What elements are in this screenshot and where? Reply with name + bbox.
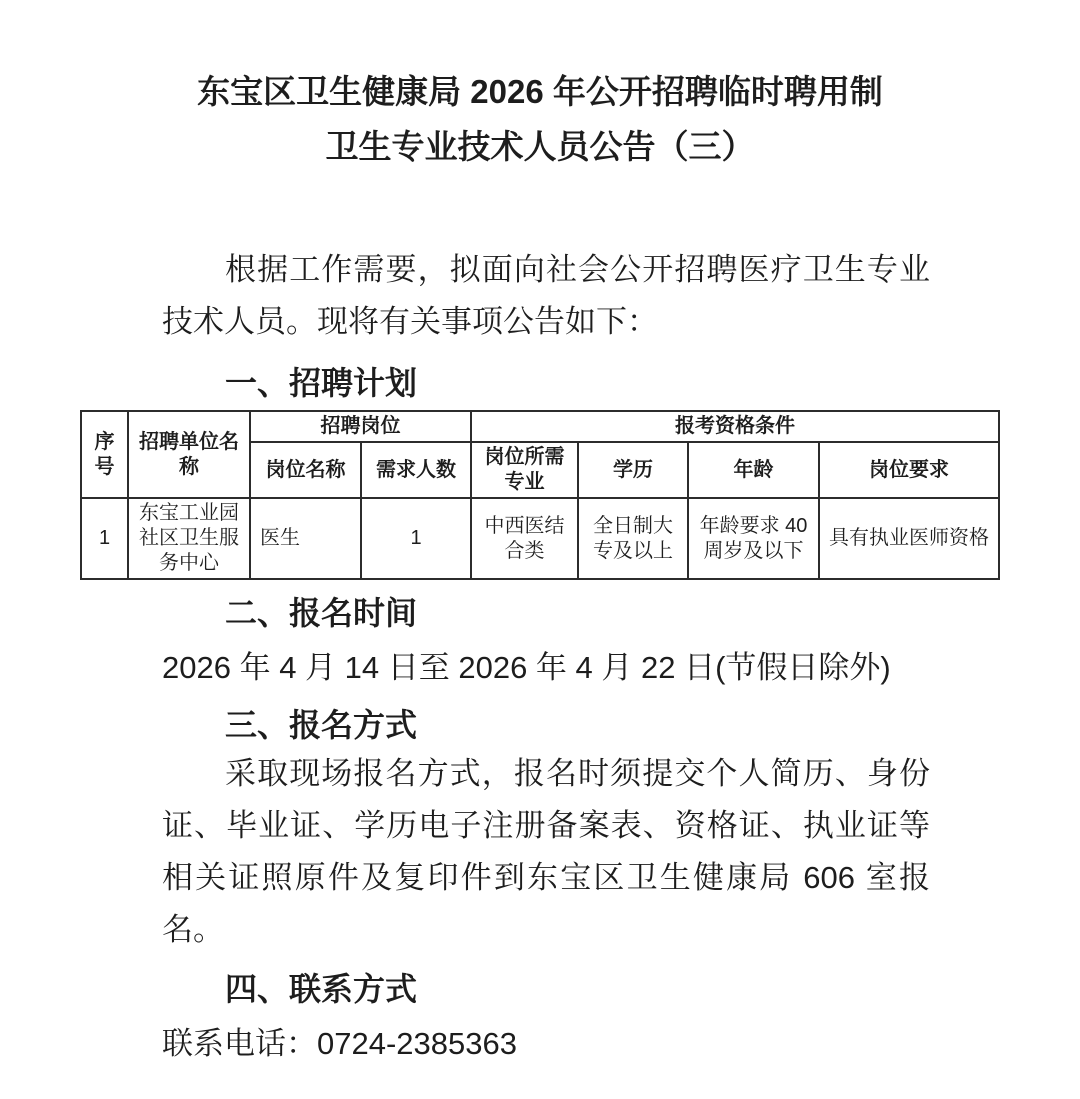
table-header-seq: 序号 xyxy=(81,411,128,498)
table-header-job-name: 岗位名称 xyxy=(250,442,361,498)
cell-seq: 1 xyxy=(81,498,128,579)
cell-requirement: 具有执业医师资格 xyxy=(819,498,999,579)
cell-job-name: 医生 xyxy=(250,498,361,579)
cell-headcount: 1 xyxy=(361,498,471,579)
section-heading-registration-time: 二、报名时间 xyxy=(162,590,930,636)
table-header-qualification-group: 报考资格条件 xyxy=(471,411,999,442)
table-header-education: 学历 xyxy=(578,442,688,498)
cell-major: 中西医结合类 xyxy=(471,498,578,579)
section-heading-registration-method: 三、报名方式 xyxy=(162,702,930,748)
table-header-major: 岗位所需专业 xyxy=(471,442,578,498)
registration-method-text: 采取现场报名方式，报名时须提交个人简历、身份证、毕业证、学历电子注册备案表、资格… xyxy=(162,748,930,956)
cell-age: 年龄要求 40 周岁及以下 xyxy=(688,498,819,579)
cell-unit: 东宝工业园社区卫生服务中心 xyxy=(128,498,250,579)
document-title-line-2: 卫生专业技术人员公告（三） xyxy=(0,119,1080,174)
table-row: 1 东宝工业园社区卫生服务中心 医生 1 中西医结合类 全日制大专及以上 年龄要… xyxy=(81,498,999,579)
document-title-line-1: 东宝区卫生健康局 2026 年公开招聘临时聘用制 xyxy=(0,64,1080,119)
section-heading-contact: 四、联系方式 xyxy=(162,966,930,1012)
table-header-requirement: 岗位要求 xyxy=(819,442,999,498)
intro-paragraph: 根据工作需要，拟面向社会公开招聘医疗卫生专业技术人员。现将有关事项公告如下： xyxy=(162,244,930,348)
table-header-job-group: 招聘岗位 xyxy=(250,411,471,442)
section-heading-recruitment-plan: 一、招聘计划 xyxy=(162,360,930,406)
contact-phone-text: 联系电话：0724-2385363 xyxy=(162,1018,930,1070)
announcement-page: 东宝区卫生健康局 2026 年公开招聘临时聘用制 卫生专业技术人员公告（三） 根… xyxy=(0,0,1080,1099)
table-header-unit: 招聘单位名称 xyxy=(128,411,250,498)
table-header-headcount: 需求人数 xyxy=(361,442,471,498)
table-header-age: 年龄 xyxy=(688,442,819,498)
registration-time-text: 2026 年 4 月 14 日至 2026 年 4 月 22 日(节假日除外) xyxy=(162,642,930,694)
recruitment-plan-table: 序号 招聘单位名称 招聘岗位 报考资格条件 岗位名称 需求人数 岗位所需专业 学… xyxy=(80,410,1000,580)
document-title: 东宝区卫生健康局 2026 年公开招聘临时聘用制 卫生专业技术人员公告（三） xyxy=(0,0,1080,174)
cell-education: 全日制大专及以上 xyxy=(578,498,688,579)
